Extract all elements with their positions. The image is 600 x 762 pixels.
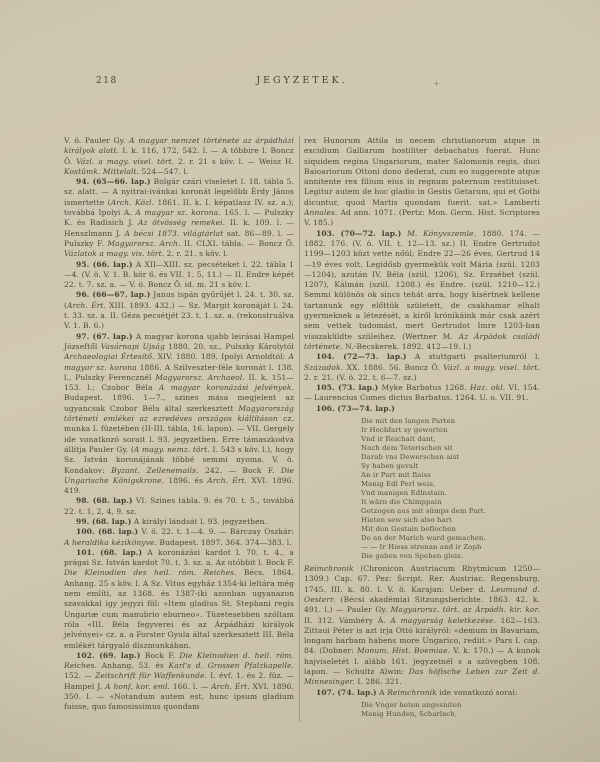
verse-line: Die Vnger heten angesniten — [361, 701, 540, 710]
verse-line: Do an der Marich ward gemachen. — [361, 534, 540, 543]
note-94: 94. (65—66. lap.) Bolgár czári viseletet… — [64, 177, 294, 259]
verse-line: It wärn die Chimppain — [361, 498, 540, 507]
verse-line: Manig Hunden, Scharlach, — [361, 710, 540, 719]
verse-line: An ir Part mit flaiss — [361, 471, 540, 480]
note-99: 99. (68. lap.) A királyi lándsát l. 93. … — [64, 517, 294, 527]
right-column: rex Hunorum Attila in necem christianoru… — [304, 136, 540, 722]
note-97: 97. (67. lap.) A magyar korona ujabb lei… — [64, 332, 294, 497]
note-106-continuation: Reimchronik (Chronicon Austriacum Rhytmi… — [304, 564, 540, 688]
verse-line: Mit den Gestain beflochen — [361, 525, 540, 534]
note-101: 101. (68. lap.) A koronázási kardot l. 7… — [64, 548, 294, 651]
note-107: 107. (74. lap.) A Reimchronik ide vonatk… — [304, 688, 540, 698]
verse-line: Sy haben gevalt — [361, 462, 540, 471]
note-100: 100. (68. lap.) V. ö. 22. t. 1—4. 9. — B… — [64, 527, 294, 548]
left-column: V. ö. Pauler Gy. A magyar nemzet történe… — [64, 136, 294, 722]
note-93-continuation: V. ö. Pauler Gy. A magyar nemzet történe… — [64, 136, 294, 177]
scanned-book-page: 218 JEGYZETEK. + V. ö. Pauler Gy. A magy… — [0, 0, 600, 762]
paper-speck: + — [433, 79, 440, 88]
note-102-continuation: rex Hunorum Attila in necem christianoru… — [304, 136, 540, 229]
verse-line: Hieten sew sich also hart — [361, 516, 540, 525]
note-96: 96. (66—67. lap.) Janus ispán gyűrűjét l… — [64, 290, 294, 331]
note-95: 95. (66. lap.) A XII—XIII. sz. pecséteke… — [64, 260, 294, 291]
column-divider-rule — [299, 136, 300, 722]
verse-line: Darab vns Dewerschen aist — [361, 453, 540, 462]
note-106: 106. (73—74. lap.) — [304, 404, 540, 414]
note-98: 98. (68. lap.) VI. Szines tábla. 9. és 7… — [64, 496, 294, 517]
verse-reimchronik-1: Die mit den langen PartenIr Hochfart sy … — [361, 417, 540, 561]
verse-line: Ir Hochfart sy geworten — [361, 426, 540, 435]
verse-line: Getzogen aus mit sümps dem Part. — [361, 507, 540, 516]
text-block: V. ö. Pauler Gy. A magyar nemzet történe… — [64, 136, 541, 722]
note-105: 105. (73. lap.) Myke Barbatus 1268. Haz.… — [304, 383, 540, 404]
verse-line: Die gaben von Spehen gleis. — [361, 552, 540, 561]
note-102: 102. (69. lap.) Bock F. Die Kleinodien d… — [64, 651, 294, 713]
verse-line: Manig Edl Perl weis, — [361, 480, 540, 489]
note-103: 103. (70—72. lap.) M. Könyvszemle. 1880.… — [304, 229, 540, 353]
verse-line: Nach dem Teterischen sit — [361, 444, 540, 453]
verse-line: Die mit den langen Parten — [361, 417, 540, 426]
verse-reimchronik-2: Die Vnger heten angesnitenManig Hunden, … — [361, 701, 540, 719]
note-104: 104. (72—73. lap.) A stuttgarti psalteri… — [304, 352, 540, 383]
running-head: JEGYZETEK. — [0, 75, 600, 86]
verse-line: Vnd manigen Edlnstain. — [361, 489, 540, 498]
verse-line: Vnd ir Reichait dant, — [361, 435, 540, 444]
verse-line: — — Ir Hiess strenan and ir Zoph — [361, 543, 540, 552]
